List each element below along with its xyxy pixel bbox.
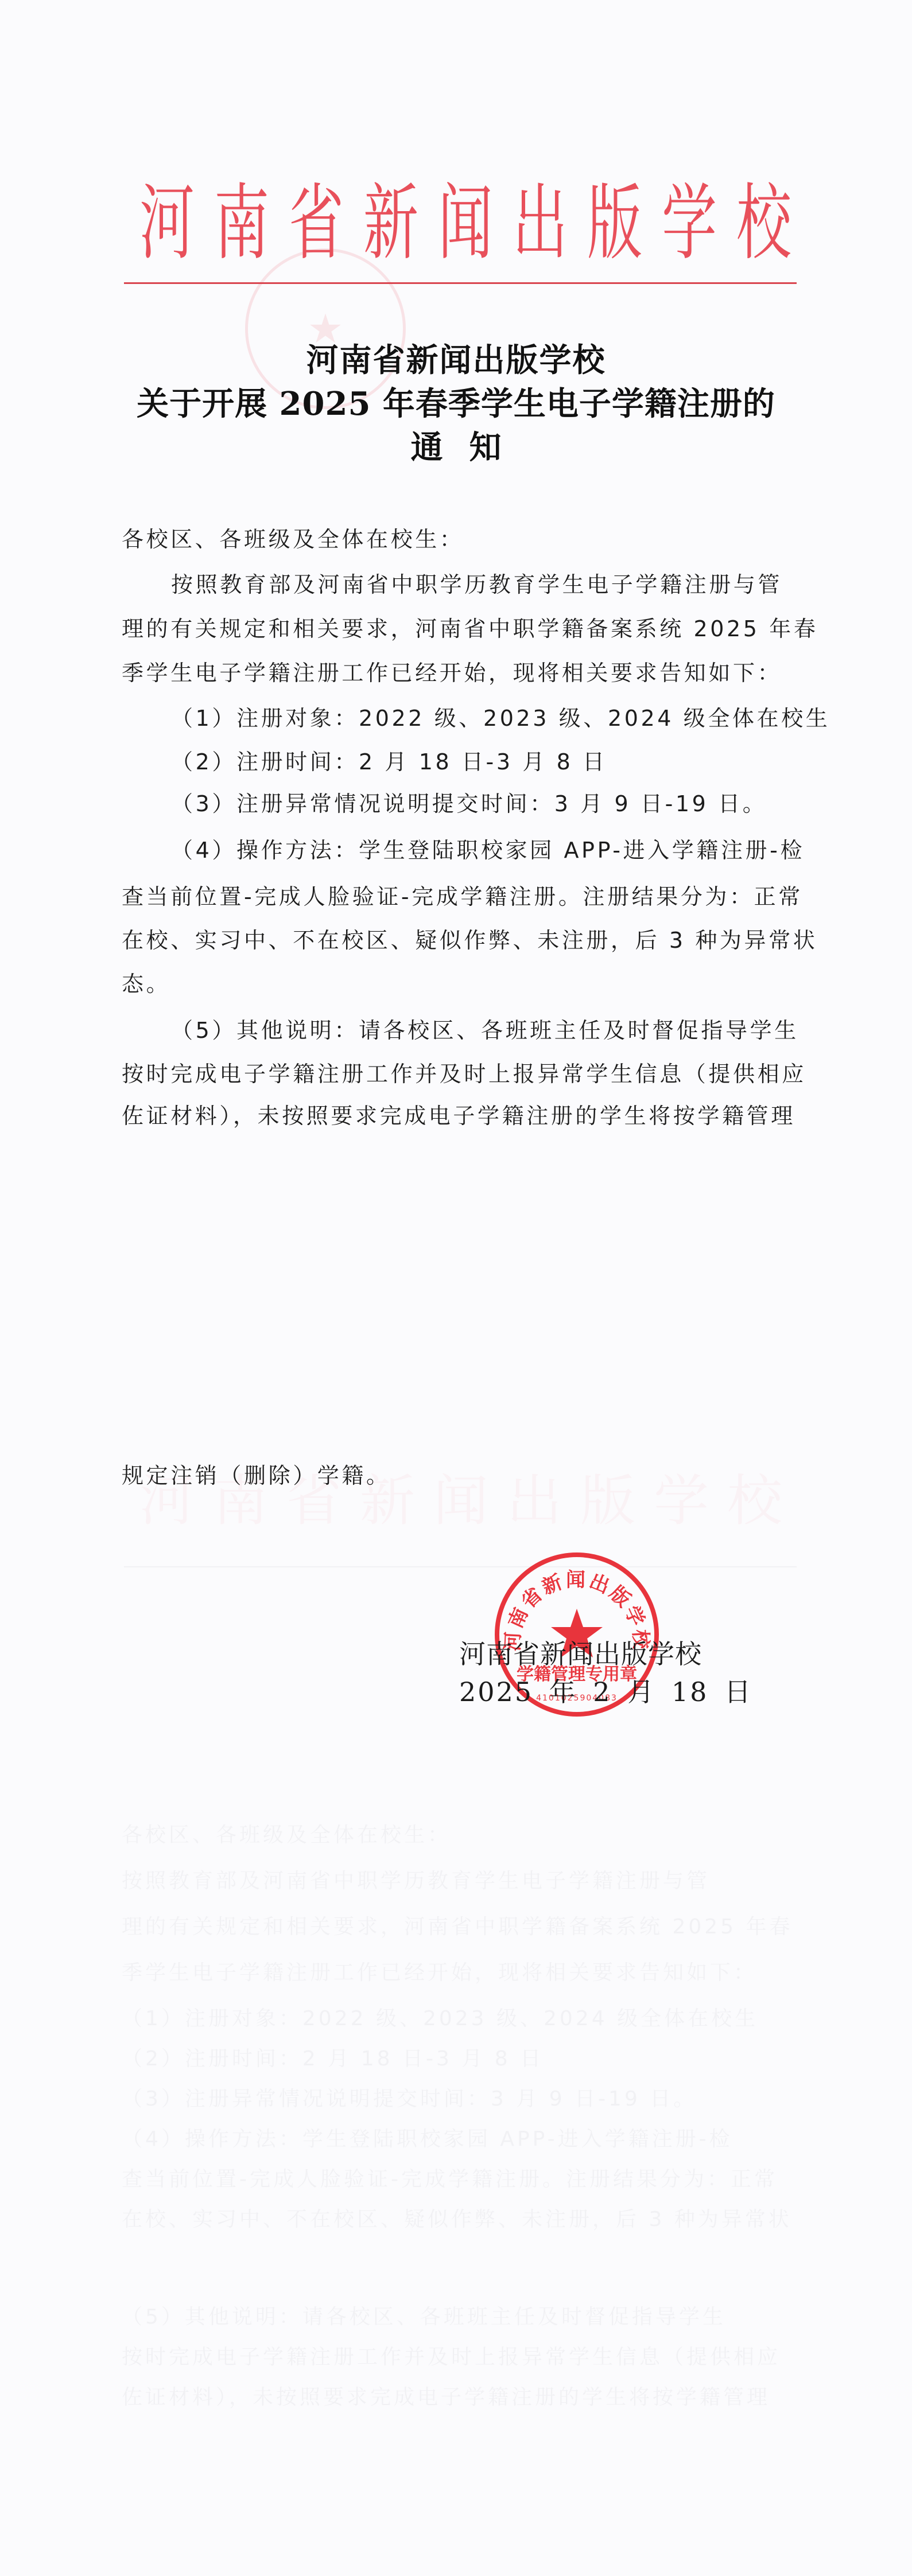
letterhead-char: 新 xyxy=(363,162,409,285)
letterhead-char: 南 xyxy=(214,162,260,285)
text-bleed-through: 佐证材料），未按照要求完成电子学籍注册的学生将按学籍管理 xyxy=(122,2381,787,2410)
intro-paragraph-line: 季学生电子学籍注册工作已经开始，现将相关要求告知如下： xyxy=(122,662,787,684)
text-bleed-through: 按照教育部及河南省中职学历教育学生电子学籍注册与管 xyxy=(122,1865,787,1894)
item-other-notes-line: 按时完成电子学籍注册工作并及时上报异常学生信息（提供相应 xyxy=(122,1063,787,1085)
text-bleed-through: （3）注册异常情况说明提交时间：3 月 9 日-19 日。 xyxy=(122,2083,787,2112)
item-exception-submission-time: （3）注册异常情况说明提交时间：3 月 9 日-19 日。 xyxy=(171,793,837,815)
document-title-type: 通知 xyxy=(0,431,912,464)
text-bleed-through: （5）其他说明：请各校区、各班班主任及时督促指导学生 xyxy=(122,2301,787,2330)
item-registration-time: （2）注册时间：2 月 18 日-3 月 8 日 xyxy=(171,751,837,773)
text-bleed-through: （4）操作方法：学生登陆职校家园 APP-进入学籍注册-检 xyxy=(122,2123,787,2152)
letterhead-char: 省 xyxy=(289,162,335,285)
text-bleed-through: （2）注册时间：2 月 18 日-3 月 8 日 xyxy=(122,2042,787,2072)
text-bleed-through: 按时完成电子学籍注册工作并及时上报异常学生信息（提供相应 xyxy=(122,2341,787,2370)
document-title-subject: 关于开展 2025 年春季学生电子学籍注册的 xyxy=(0,388,912,420)
item-operation-method-line: 查当前位置-完成人脸验证-完成学籍注册。注册结果分为：正常 xyxy=(122,886,787,908)
item-other-notes: （5）其他说明：请各校区、各班班主任及时督促指导学生 xyxy=(171,1019,837,1041)
signature-issuer: 河南省新闻出版学校 xyxy=(459,1641,702,1667)
letterhead-char: 河 xyxy=(139,162,185,285)
text-bleed-through: 理的有关规定和相关要求，河南省中职学籍备案系统 2025 年春 xyxy=(122,1910,787,1940)
letterhead: 河 南 省 新 闻 出 版 学 校 xyxy=(139,182,782,264)
item-operation-method-line: 在校、实习中、不在校区、疑似作弊、未注册，后 3 种为异常状 xyxy=(122,929,787,951)
text-bleed-through: 查当前位置-完成人脸验证-完成学籍注册。注册结果分为：正常 xyxy=(122,2163,787,2192)
letterhead-char: 校 xyxy=(736,162,782,285)
letterhead-char: 闻 xyxy=(438,162,484,285)
signature-date: 2025 年 2 月 18 日 xyxy=(459,1679,752,1705)
item-operation-method-line: 态。 xyxy=(122,973,787,995)
salutation: 各校区、各班级及全体在校生： xyxy=(122,528,787,550)
item-registration-target: （1）注册对象：2022 级、2023 级、2024 级全体在校生 xyxy=(171,707,837,729)
intro-paragraph-line: 按照教育部及河南省中职学历教育学生电子学籍注册与管 xyxy=(171,574,837,596)
text-bleed-through: 各校区、各班级及全体在校生： xyxy=(122,1819,787,1848)
text-bleed-through: 在校、实习中、不在校区、疑似作弊、未注册，后 3 种为异常状 xyxy=(122,2203,787,2232)
letterhead-char: 学 xyxy=(662,162,708,285)
document-title-issuer: 河南省新闻出版学校 xyxy=(0,344,912,376)
item-operation-method: （4）操作方法：学生登陆职校家园 APP-进入学籍注册-检 xyxy=(171,839,837,861)
letterhead-char: 版 xyxy=(587,162,633,285)
text-bleed-through: 季学生电子学籍注册工作已经开始，现将相关要求告知如下： xyxy=(122,1956,787,1986)
closing-line: 规定注销（删除）学籍。 xyxy=(122,1465,787,1487)
item-other-notes-line: 佐证材料），未按照要求完成电子学籍注册的学生将按学籍管理 xyxy=(122,1105,787,1127)
text-bleed-through: （1）注册对象：2022 级、2023 级、2024 级全体在校生 xyxy=(122,2002,787,2032)
letterhead-divider xyxy=(124,282,797,284)
divider-bleed-through xyxy=(124,1566,797,1567)
letterhead-char: 出 xyxy=(513,162,558,285)
intro-paragraph-line: 理的有关规定和相关要求，河南省中职学籍备案系统 2025 年春 xyxy=(122,618,787,640)
